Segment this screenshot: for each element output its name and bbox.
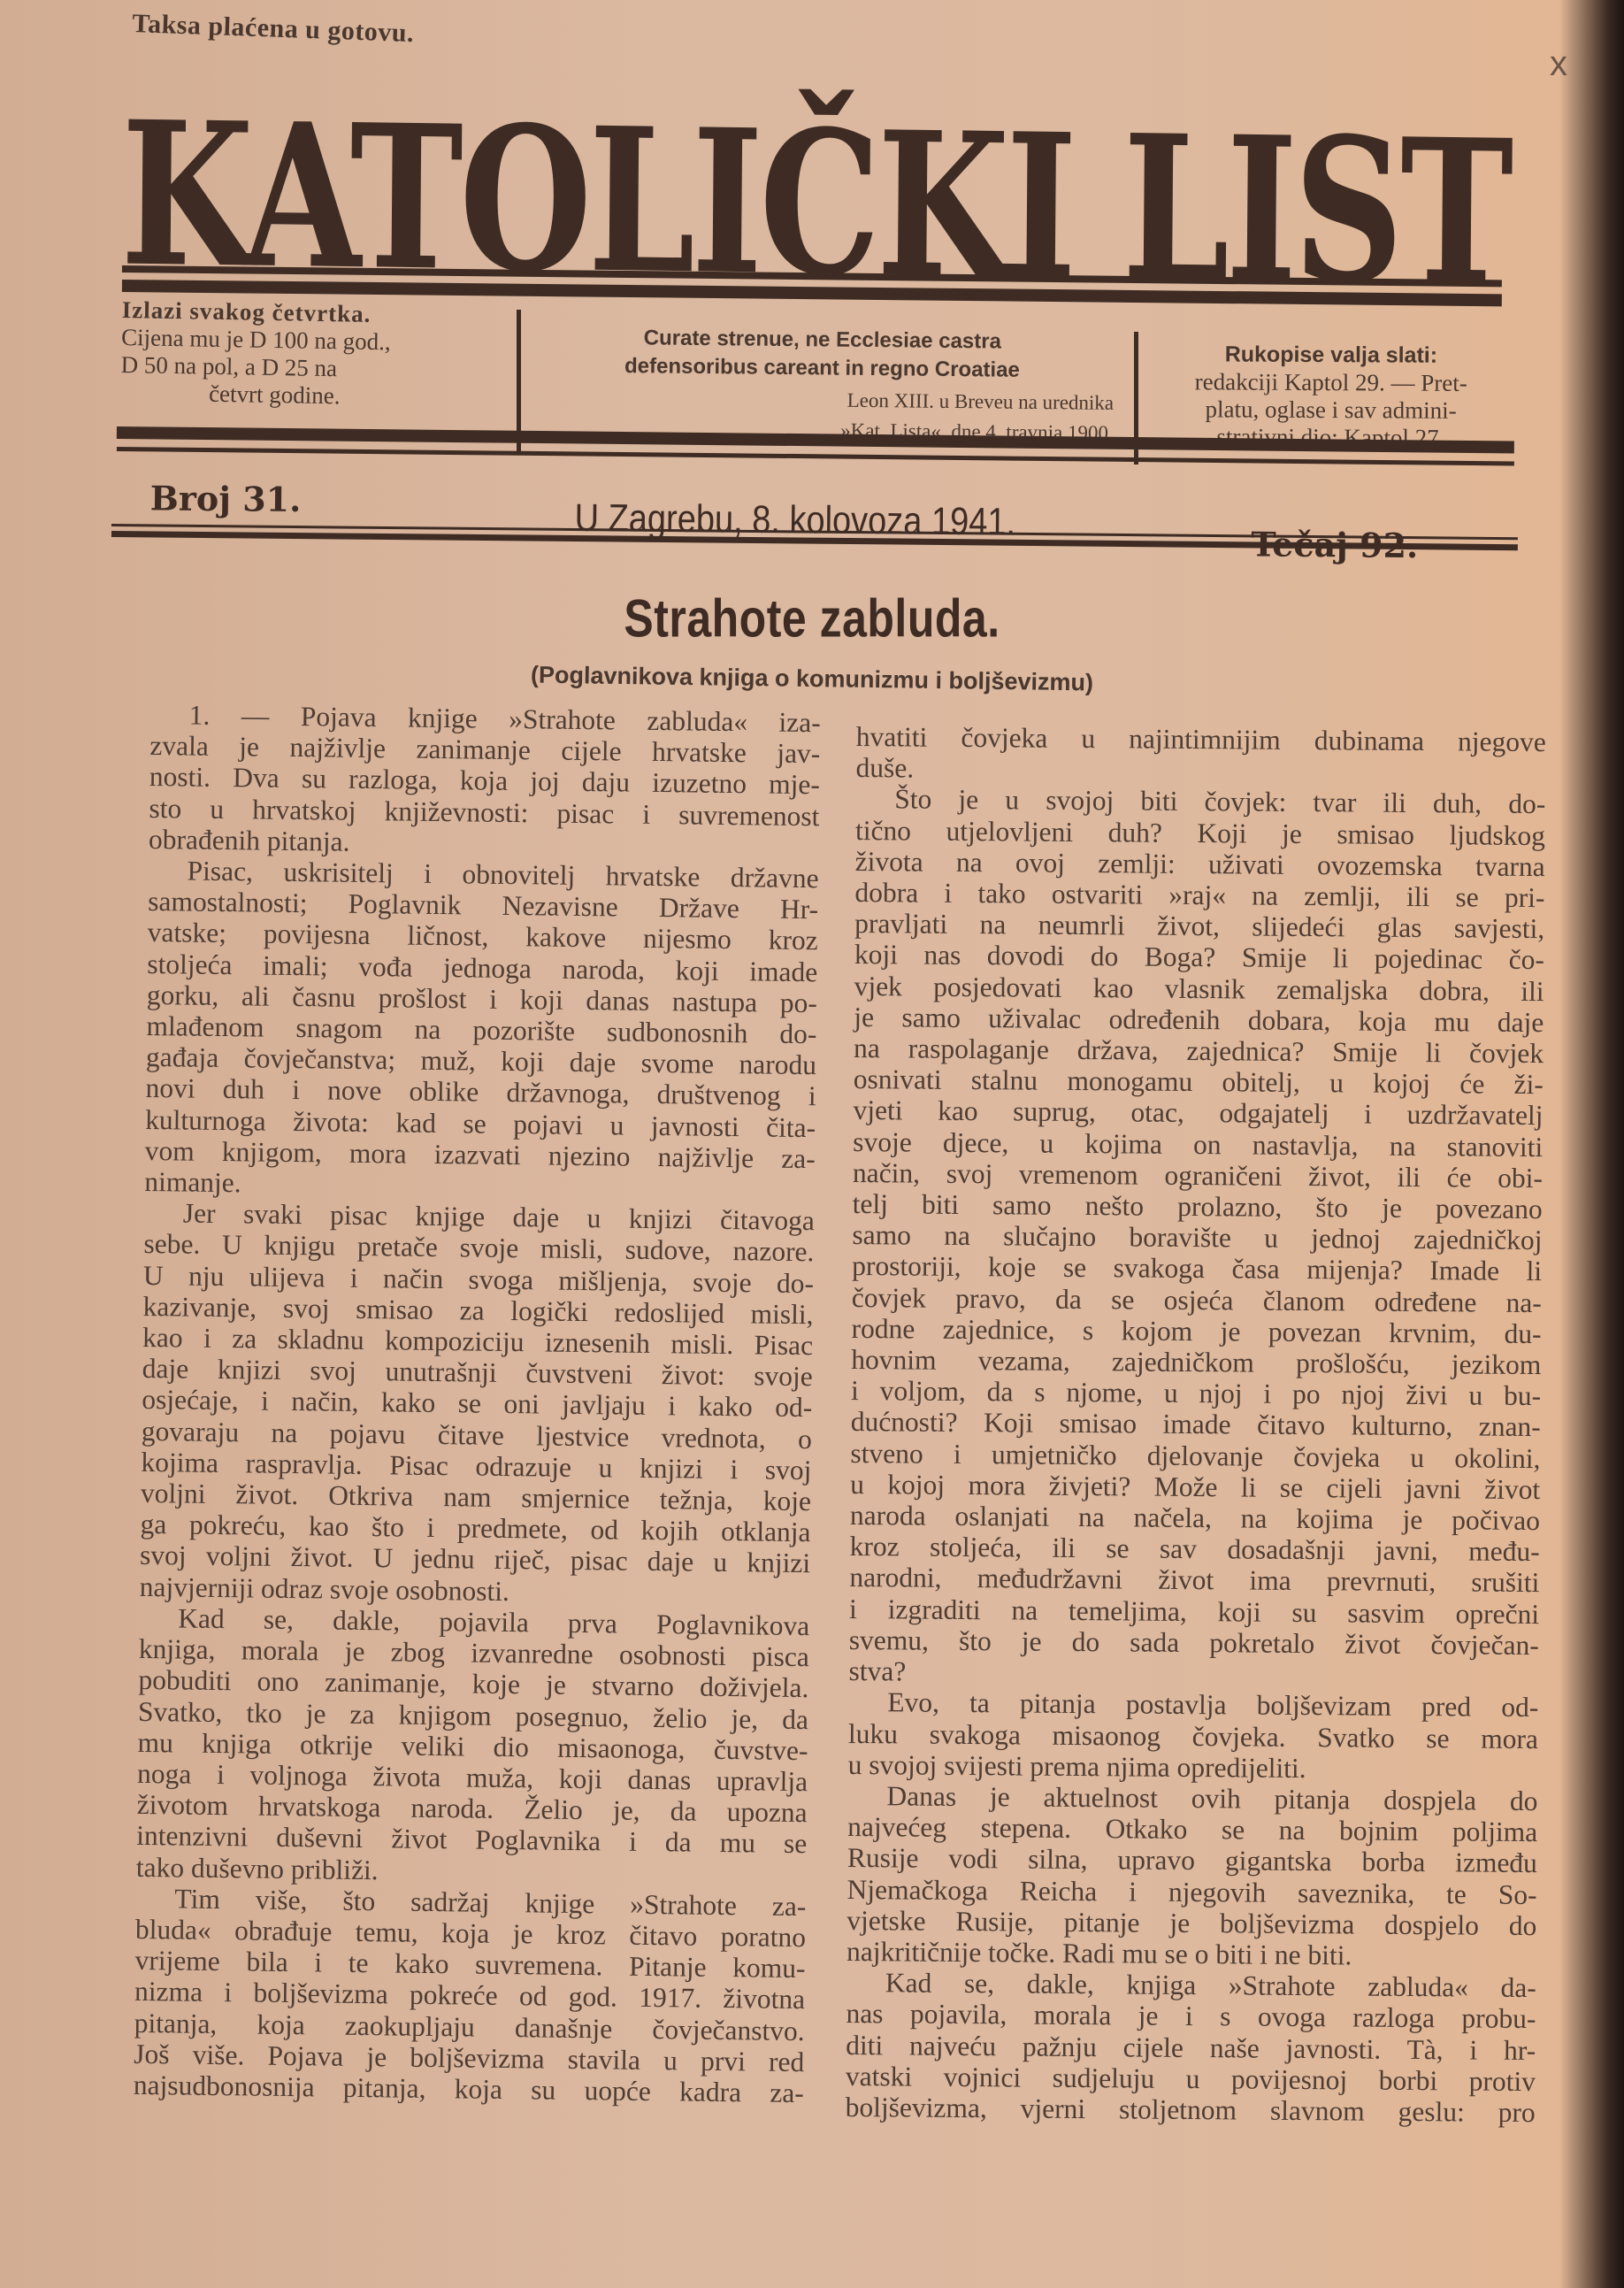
article-subtitle: (Poglavnikova knjiga o komunizmu i boljš…: [0, 654, 1624, 704]
text-line: vjek posjedovati kao vlasnik zemaljska d…: [854, 971, 1544, 1007]
postage-note: Taksa plaćena u gotovu.: [132, 9, 415, 49]
text-line: naroda oslanjati na načela, na kojima je…: [850, 1500, 1540, 1536]
text-line: Njemačkoga Reicha i njegovih saveznika, …: [846, 1873, 1536, 1909]
handwritten-x-mark: x: [1550, 44, 1567, 84]
text-line: svemu, što je do sada pokretalo život čo…: [849, 1624, 1539, 1661]
text-line: Evo, ta pitanja postavlja boljševizam pr…: [848, 1686, 1538, 1723]
text-line: dobra i tako ostvariti »raj« na zemlji, …: [854, 877, 1544, 913]
text-line: Danas je aktuelnost ovih pitanja dospjel…: [847, 1780, 1537, 1816]
article-title: Strahote zabluda.: [0, 587, 1624, 649]
text-line: hovnim vezama, zajedničkom prošlošću, je…: [851, 1344, 1541, 1380]
text-line: čovjek pravo, da se osjeća članom određe…: [852, 1282, 1542, 1318]
text-line: svoje djece, u kojima on nastavlja, na s…: [853, 1126, 1543, 1163]
text-line: vatski vojnici sudjeluju u povijesnoj bo…: [846, 2061, 1536, 2097]
text-line: i voljom, da s njome, u njoj i po njoj ž…: [851, 1375, 1541, 1411]
text-line: i izgraditi na temeljima, koji su sasvim…: [849, 1593, 1539, 1630]
text-line: života na ovoj zemlji: uživati ovozemska…: [855, 846, 1545, 882]
text-line: dućnosti? Koji smisao imade čitavo kultu…: [851, 1406, 1541, 1442]
article-column-right: hvatiti čovjeka u najintimnijim dubinama…: [846, 721, 1546, 2128]
text-line: najkritičnije točke. Radi mu se o biti i…: [846, 1936, 1536, 1972]
publication-info: Izlazi svakog četvrtka. Cijena mu je D 1…: [120, 296, 511, 413]
text-line: diti najveću pažnju cijele naše javnosti…: [846, 2029, 1536, 2065]
text-line: koji nas dovodi do Boga? Smije li pojedi…: [854, 939, 1544, 975]
motto-source-line: Leon XIII. u Breveu na urednika: [530, 385, 1114, 416]
text-line: rodne zajednice, s kojom je povezan krvn…: [851, 1313, 1541, 1349]
text-line: hvatiti čovjeka u najintimnijim dubinama…: [856, 721, 1546, 757]
newspaper-page: Taksa plaćena u gotovu. x KATOLIČKI LIST…: [0, 0, 1610, 2288]
text-line: narodni, međudržavni život ima prevrnuti…: [849, 1562, 1539, 1598]
motto-line: defensoribus careant in regno Croatiae: [530, 351, 1114, 386]
publication-info-line: četvrt godine.: [120, 379, 509, 413]
text-line: luku svakoga misaonog čovjeka. Svatko se…: [848, 1717, 1538, 1754]
text-line: nas pojavila, morala je i s ovoga razlog…: [846, 1998, 1536, 2034]
text-line: na raspolaganje država, zajednica? Smije…: [854, 1033, 1544, 1069]
text-line: stveno i umjetničko djelovanje čovjeka u…: [850, 1438, 1540, 1474]
contact-info-line: redakciji Kaptol 29. — Pret-: [1141, 368, 1521, 397]
text-line: najvećeg stepena. Otkako se na bojnim po…: [847, 1811, 1537, 1847]
text-line: vjetske Rusije, pitanje je boljševizma d…: [846, 1905, 1536, 1941]
text-line: vjeti kao suprug, otac, odgajatelj i uzd…: [853, 1094, 1543, 1131]
text-line: boljševizma, vjerni stoljetnom slavnom g…: [846, 2092, 1536, 2128]
text-line: prostoriji, koje se svakoga časa mijenja…: [852, 1250, 1542, 1286]
contact-info-line: platu, oglase i sav admini-: [1141, 395, 1521, 425]
text-line: je samo uživalac određenih dobara, koja …: [854, 1002, 1544, 1038]
motto-box: Curate strenue, ne Ecclesiae castra defe…: [530, 323, 1115, 446]
text-line: u kojoj mora živjeti? Može li se cijeli …: [850, 1469, 1540, 1505]
article-column-left: 1. — Pojava knjige »Strahote zabluda« iz…: [134, 699, 821, 2108]
text-line: pravljati na neumrli život, slijedeći gl…: [854, 908, 1544, 944]
contact-info: Rukopise valja slati: redakciji Kaptol 2…: [1140, 341, 1521, 452]
text-line: tično utjelovljeni duh? Koji je smisao l…: [855, 815, 1545, 851]
text-line: Što je u svojoj biti čovjek: tvar ili du…: [855, 783, 1545, 819]
issue-number: Broj 31.: [150, 478, 302, 519]
text-line: u svojoj svijesti prema njima opredijeli…: [848, 1749, 1538, 1785]
contact-info-title: Rukopise valja slati:: [1141, 341, 1521, 370]
text-line: Rusije vodi silna, upravo gigantska borb…: [847, 1842, 1537, 1878]
